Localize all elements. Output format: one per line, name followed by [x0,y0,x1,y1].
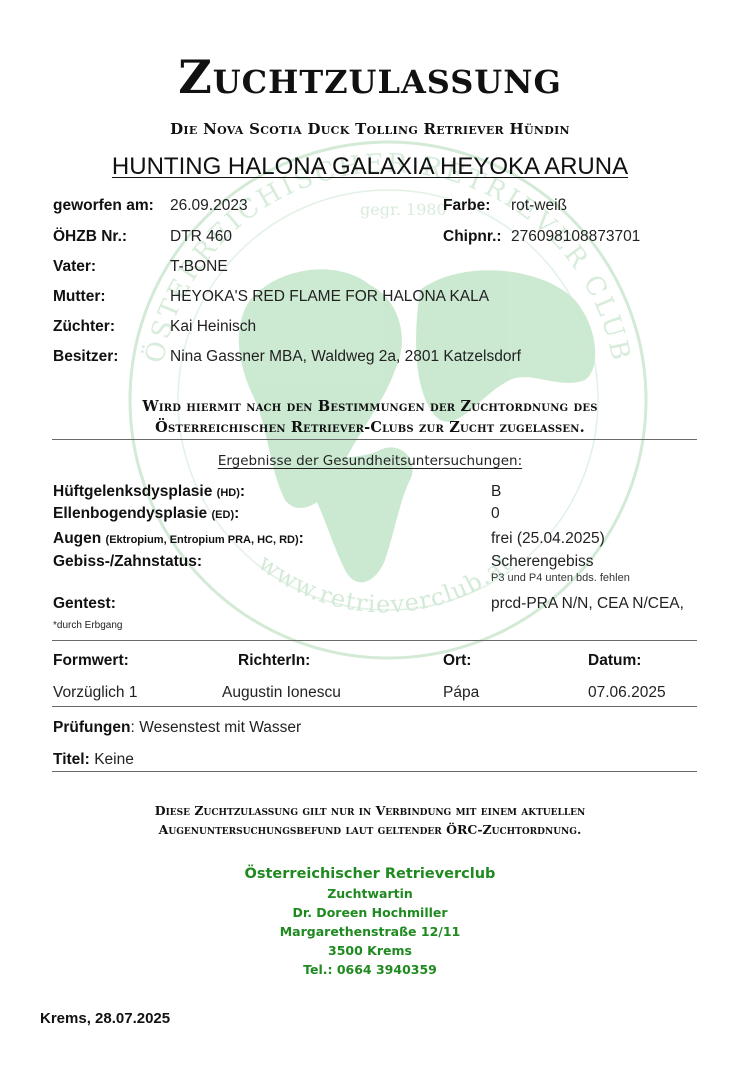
exams-label: Prüfungen [53,719,131,736]
declaration-line-2: Österreichischen Retriever-Clubs zur Zuc… [0,417,740,438]
document-subtitle: Die Nova Scotia Duck Tolling Retriever H… [0,120,740,138]
club-phone: Tel.: 0664 3940359 [0,960,740,979]
gene-value: prcd-PRA N/N, CEA N/CEA, [491,595,684,613]
declaration-line-1: Wird hiermit nach den Bestimmungen der Z… [0,396,740,417]
hd-label-text: Hüftgelenksdysplasie [53,483,212,500]
owner-label: Besitzer: [53,348,118,366]
club-role: Zuchtwartin [0,884,740,903]
health-heading: Ergebnisse der Gesundheitsuntersuchungen… [0,453,740,469]
date-header: Datum: [588,652,641,670]
owner-value: Nina Gassner MBA, Waldweg 2a, 2801 Katze… [170,348,521,366]
eyes-label: Augen (Ektropium, Entropium PRA, HC, RD)… [53,530,304,548]
judge-header: RichterIn: [238,652,310,670]
grade-value: Vorzüglich 1 [53,684,137,702]
divider [52,439,697,440]
divider [52,706,697,707]
chip-label: Chipnr.: [443,228,502,246]
club-street: Margarethenstraße 12/11 [0,922,740,941]
ed-colon: : [234,505,239,522]
sire-label: Vater: [53,258,96,276]
grade-header: Formwert: [53,652,129,670]
exams-row: Prüfungen: Wesenstest mit Wasser [53,719,301,737]
ed-label-text: Ellenbogendysplasie [53,505,207,522]
color-label: Farbe: [443,197,490,215]
date-value: 07.06.2025 [588,684,666,702]
teeth-label: Gebiss-/Zahnstatus: [53,553,202,571]
chip-value: 276098108873701 [511,228,640,246]
teeth-note: P3 und P4 unten bds. fehlen [491,572,630,584]
dam-value: HEYOKA'S RED FLAME FOR HALONA KALA [170,288,489,306]
divider [52,640,697,641]
gene-label: Gentest: [53,595,116,613]
hd-colon: : [240,483,245,500]
eyes-label-text: Augen [53,530,101,547]
notice-line-1: Diese Zuchtzulassung gilt nur in Verbind… [0,801,740,820]
place-header: Ort: [443,652,471,670]
registry-label: ÖHZB Nr.: [53,228,127,246]
club-contact-block: Österreichischer Retrieverclub Zuchtwart… [0,864,740,979]
eyes-value: frei (25.04.2025) [491,530,605,548]
exams-colon: : [131,719,135,736]
ed-abbr: (ED) [212,509,235,521]
ed-value: 0 [491,505,500,523]
exams-value: Wesenstest mit Wasser [139,719,301,736]
notice-line-2: Augenuntersuchungsbefund laut geltender … [0,820,740,839]
breeding-approval-document: Zuchtzulassung Die Nova Scotia Duck Toll… [0,0,740,1080]
teeth-value: Scherengebiss [491,553,594,571]
color-value: rot-weiß [511,197,567,215]
place-and-date: Krems, 28.07.2025 [40,1010,170,1027]
titles-row: Titel: Keine [53,751,134,769]
judge-value: Augustin Ionescu [222,684,341,702]
dog-name: HUNTING HALONA GALAXIA HEYOKA ARUNA [0,153,740,181]
eyes-colon: : [299,530,304,547]
born-value: 26.09.2023 [170,197,248,215]
place-value: Pápa [443,684,479,702]
hd-label: Hüftgelenksdysplasie (HD): [53,483,245,501]
ed-label: Ellenbogendysplasie (ED): [53,505,239,523]
gene-footnote: *durch Erbgang [53,620,123,631]
titles-label: Titel: [53,751,90,768]
born-label: geworfen am: [53,197,154,215]
document-title: Zuchtzulassung [0,50,740,104]
validity-notice: Diese Zuchtzulassung gilt nur in Verbind… [0,801,740,839]
club-person: Dr. Doreen Hochmiller [0,903,740,922]
hd-value: B [491,483,501,501]
breeder-label: Züchter: [53,318,115,336]
hd-abbr: (HD) [217,487,240,499]
breeder-value: Kai Heinisch [170,318,256,336]
eyes-detail: (Ektropium, Entropium PRA, HC, RD) [106,534,299,546]
club-city: 3500 Krems [0,941,740,960]
titles-value: Keine [94,751,134,768]
club-name: Österreichischer Retrieverclub [0,864,740,884]
dam-label: Mutter: [53,288,106,306]
registry-value: DTR 460 [170,228,232,246]
divider [52,771,697,772]
sire-value: T-BONE [170,258,228,276]
